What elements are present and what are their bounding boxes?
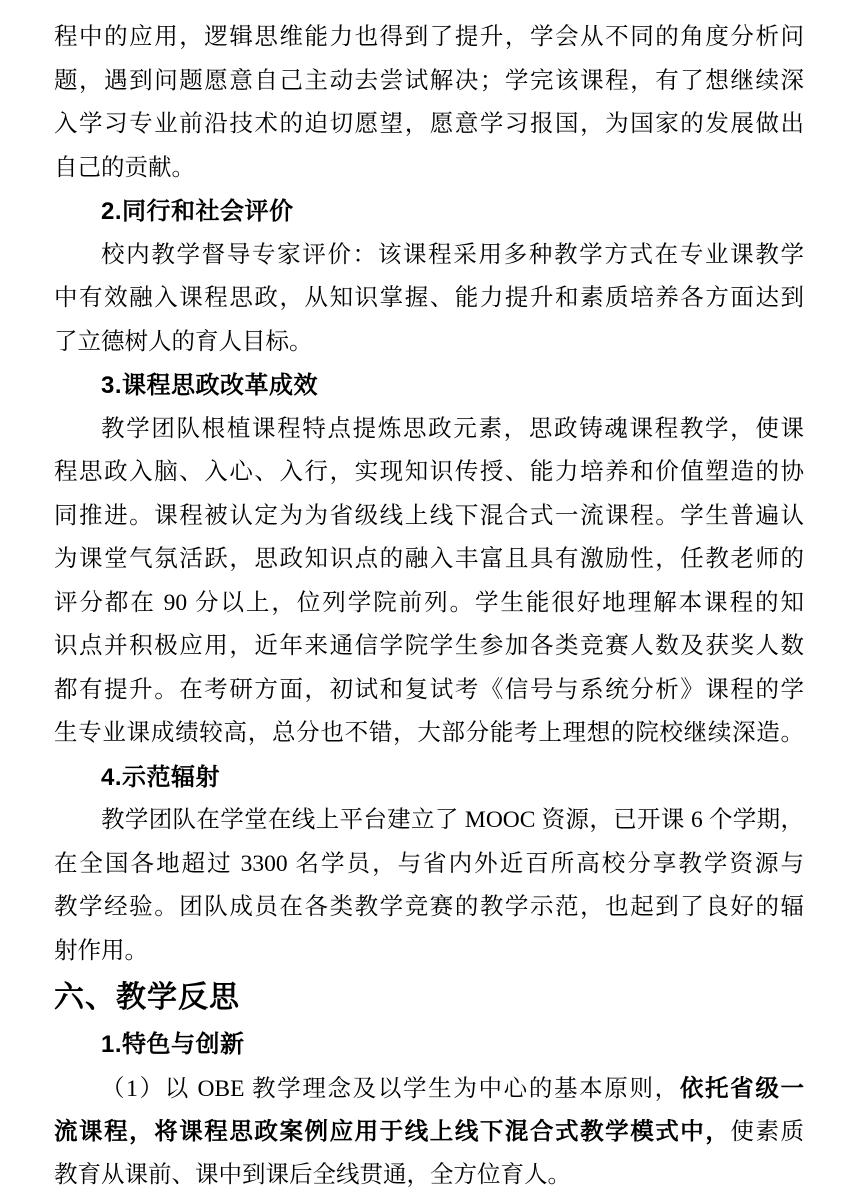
text-segment: 同推进。课程被认定为为省级线上线下混合式一流课程。学生普遍认 — [54, 503, 804, 529]
text-segment: 中有效融入课程思政，从知识掌握、能力提升和素质培养各方面达到 — [54, 285, 804, 311]
text-segment: 射作用。 — [54, 938, 148, 964]
text-segment: 程中的应用，逻辑思维能力也得到了提升，学会从不同的角度分析问 — [54, 24, 804, 50]
text-segment: 题，遇到问题愿意自己主动去尝试解决；学完该课程，有了想继续深 — [54, 68, 804, 94]
subheading: 2.同行和社会评价 — [54, 190, 804, 234]
text-line: （1）以 OBE 教学理念及以学生为中心的基本原则，依托省级一 — [54, 1067, 804, 1111]
text-segment: 了立德树人的育人目标。 — [54, 329, 313, 355]
text-line: 中有效融入课程思政，从知识掌握、能力提升和素质培养各方面达到 — [54, 277, 804, 321]
text-line: 教学团队在学堂在线上平台建立了 MOOC 资源，已开课 6 个学期， — [54, 799, 804, 843]
text-segment: 都有提升。在考研方面，初试和复试考《信号与系统分析》课程的学 — [54, 677, 804, 703]
text-segment: 教学团队根植课程特点提炼思政元素，思政铸魂课程教学，使课 — [101, 416, 804, 442]
text-line: 程思政入脑、入心、入行，实现知识传授、能力培养和价值塑造的协 — [54, 451, 804, 495]
text-segment: 教学团队在学堂在线上平台建立了 MOOC 资源，已开课 6 个学期， — [101, 807, 804, 833]
text-line: 生专业课成绩较高，总分也不错，大部分能考上理想的院校继续深造。 — [54, 712, 804, 756]
text-segment: 校内教学督导专家评价：该课程采用多种教学方式在专业课教学 — [101, 242, 804, 268]
text-line: 射作用。 — [54, 930, 804, 974]
text-line: 题，遇到问题愿意自己主动去尝试解决；学完该课程，有了想继续深 — [54, 60, 804, 104]
text-segment: 在全国各地超过 3300 名学员，与省内外近百所高校分享教学资源与 — [54, 851, 804, 877]
text-segment: 教学经验。团队成员在各类教学竞赛的教学示范，也起到了良好的辐 — [54, 894, 804, 920]
text-line: 入学习专业前沿技术的迫切愿望，愿意学习报国，为国家的发展做出 — [54, 103, 804, 147]
text-segment: 1.特色与创新 — [101, 1031, 245, 1058]
text-line: 自己的贡献。 — [54, 147, 804, 191]
text-line: 识点并积极应用，近年来通信学院学生参加各类竞赛人数及获奖人数 — [54, 625, 804, 669]
text-segment: （1）以 OBE 教学理念及以学生为中心的基本原则， — [101, 1076, 680, 1102]
text-segment: 流课程，将课程思政案例应用于线上线下混合式教学模式中， — [54, 1118, 730, 1144]
text-line: 了立德树人的育人目标。 — [54, 321, 804, 365]
text-line: 校内教学督导专家评价：该课程采用多种教学方式在专业课教学 — [54, 234, 804, 278]
text-segment: 入学习专业前沿技术的迫切愿望，愿意学习报国，为国家的发展做出 — [54, 111, 804, 137]
text-segment: 依托省级一 — [680, 1075, 804, 1101]
text-segment: 4.示范辐射 — [101, 764, 220, 791]
text-segment: 识点并积极应用，近年来通信学院学生参加各类竞赛人数及获奖人数 — [54, 633, 804, 659]
text-line: 都有提升。在考研方面，初试和复试考《信号与系统分析》课程的学 — [54, 669, 804, 713]
text-segment: 为课堂气氛活跃，思政知识点的融入丰富且具有激励性，任教老师的 — [54, 546, 804, 572]
subheading: 1.特色与创新 — [54, 1023, 804, 1067]
text-line: 为课堂气氛活跃，思政知识点的融入丰富且具有激励性，任教老师的 — [54, 538, 804, 582]
document-page: 程中的应用，逻辑思维能力也得到了提升，学会从不同的角度分析问题，遇到问题愿意自己… — [0, 0, 857, 1200]
text-segment: 2.同行和社会评价 — [101, 198, 294, 225]
text-segment: 使素质 — [730, 1119, 804, 1145]
text-segment: 3.课程思政改革成效 — [101, 372, 318, 399]
text-segment: 教育从课前、课中到课后全线贯通，全方位育人。 — [54, 1162, 571, 1188]
text-segment: 评分都在 90 分以上，位列学院前列。学生能很好地理解本课程的知 — [54, 590, 804, 616]
text-segment: 六、教学反思 — [54, 981, 240, 1014]
text-line: 教学经验。团队成员在各类教学竞赛的教学示范，也起到了良好的辐 — [54, 886, 804, 930]
text-segment: 程思政入脑、入心、入行，实现知识传授、能力培养和价值塑造的协 — [54, 459, 804, 485]
subheading: 3.课程思政改革成效 — [54, 364, 804, 408]
text-line: 评分都在 90 分以上，位列学院前列。学生能很好地理解本课程的知 — [54, 582, 804, 626]
text-line: 程中的应用，逻辑思维能力也得到了提升，学会从不同的角度分析问 — [54, 16, 804, 60]
text-line: 教学团队根植课程特点提炼思政元素，思政铸魂课程教学，使课 — [54, 408, 804, 452]
text-line: 教育从课前、课中到课后全线贯通，全方位育人。 — [54, 1154, 804, 1198]
section-heading: 六、教学反思 — [54, 973, 804, 1023]
subheading: 4.示范辐射 — [54, 756, 804, 800]
text-segment: 生专业课成绩较高，总分也不错，大部分能考上理想的院校继续深造。 — [54, 720, 804, 746]
text-segment: 自己的贡献。 — [54, 155, 195, 181]
text-line: 同推进。课程被认定为为省级线上线下混合式一流课程。学生普遍认 — [54, 495, 804, 539]
text-line: 流课程，将课程思政案例应用于线上线下混合式教学模式中，使素质 — [54, 1110, 804, 1154]
text-line: 在全国各地超过 3300 名学员，与省内外近百所高校分享教学资源与 — [54, 843, 804, 887]
document-body: 程中的应用，逻辑思维能力也得到了提升，学会从不同的角度分析问题，遇到问题愿意自己… — [54, 16, 804, 1197]
